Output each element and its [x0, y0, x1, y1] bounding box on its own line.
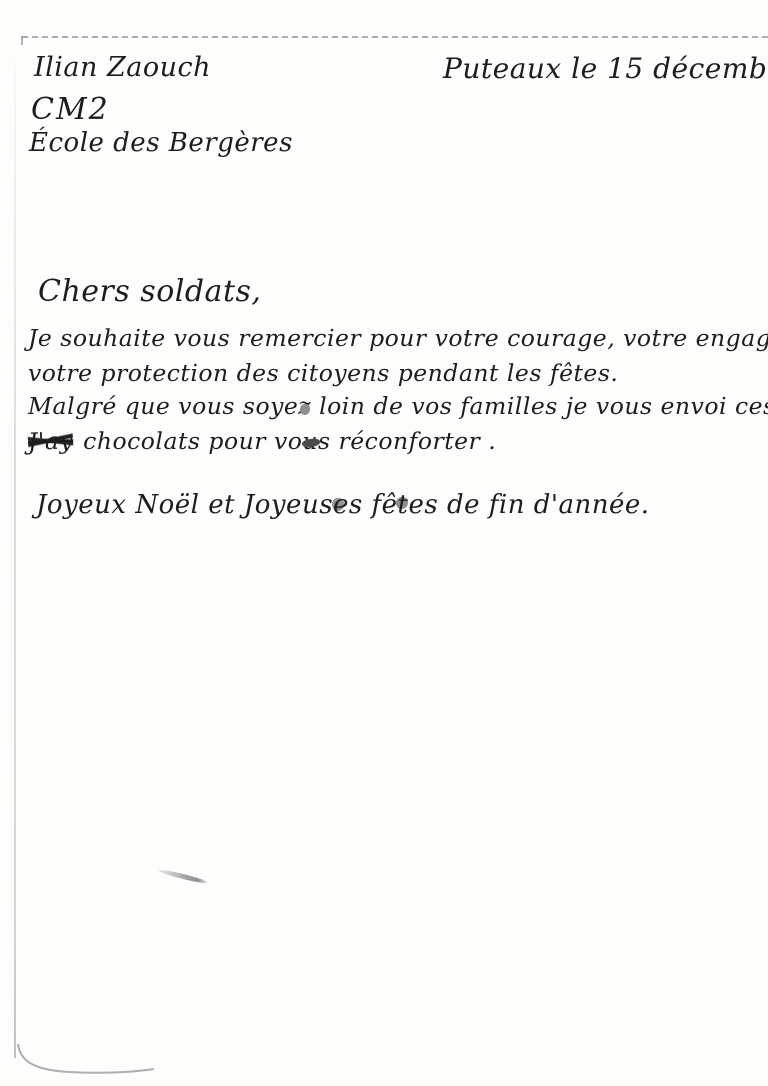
- sender-grade: CM2: [31, 92, 110, 127]
- salutation: Chers soldats,: [38, 274, 261, 309]
- paper-left-edge-line: [14, 62, 16, 1058]
- body-line: votre protection des citoyens pendant le…: [28, 359, 618, 387]
- body-line: Malgré que vous soyez loin de vos famill…: [28, 392, 768, 420]
- crossed-out-word: J'ay: [28, 426, 74, 456]
- pencil-smudge: [158, 868, 208, 885]
- sender-school: École des Bergères: [29, 128, 293, 158]
- body-line: J'aychocolats pour vous réconforter .: [28, 427, 496, 455]
- paper-top-edge-line: [22, 36, 768, 38]
- body-line: Je souhaite vous remercier pour votre co…: [28, 324, 768, 352]
- body-line-text: chocolats pour vous réconforter .: [83, 427, 496, 455]
- paper-top-edge-hook: [21, 36, 23, 45]
- scanned-letter: Ilian Zaouch CM2 École des Bergères Pute…: [0, 0, 768, 1086]
- sender-name: Ilian Zaouch: [34, 52, 211, 83]
- dateline: Puteaux le 15 décembre: [443, 52, 768, 85]
- closing-line: Joyeux Noël et Joyeuses fêtes de fin d'a…: [36, 490, 650, 520]
- paper-bottom-edge-curve: [14, 1042, 164, 1082]
